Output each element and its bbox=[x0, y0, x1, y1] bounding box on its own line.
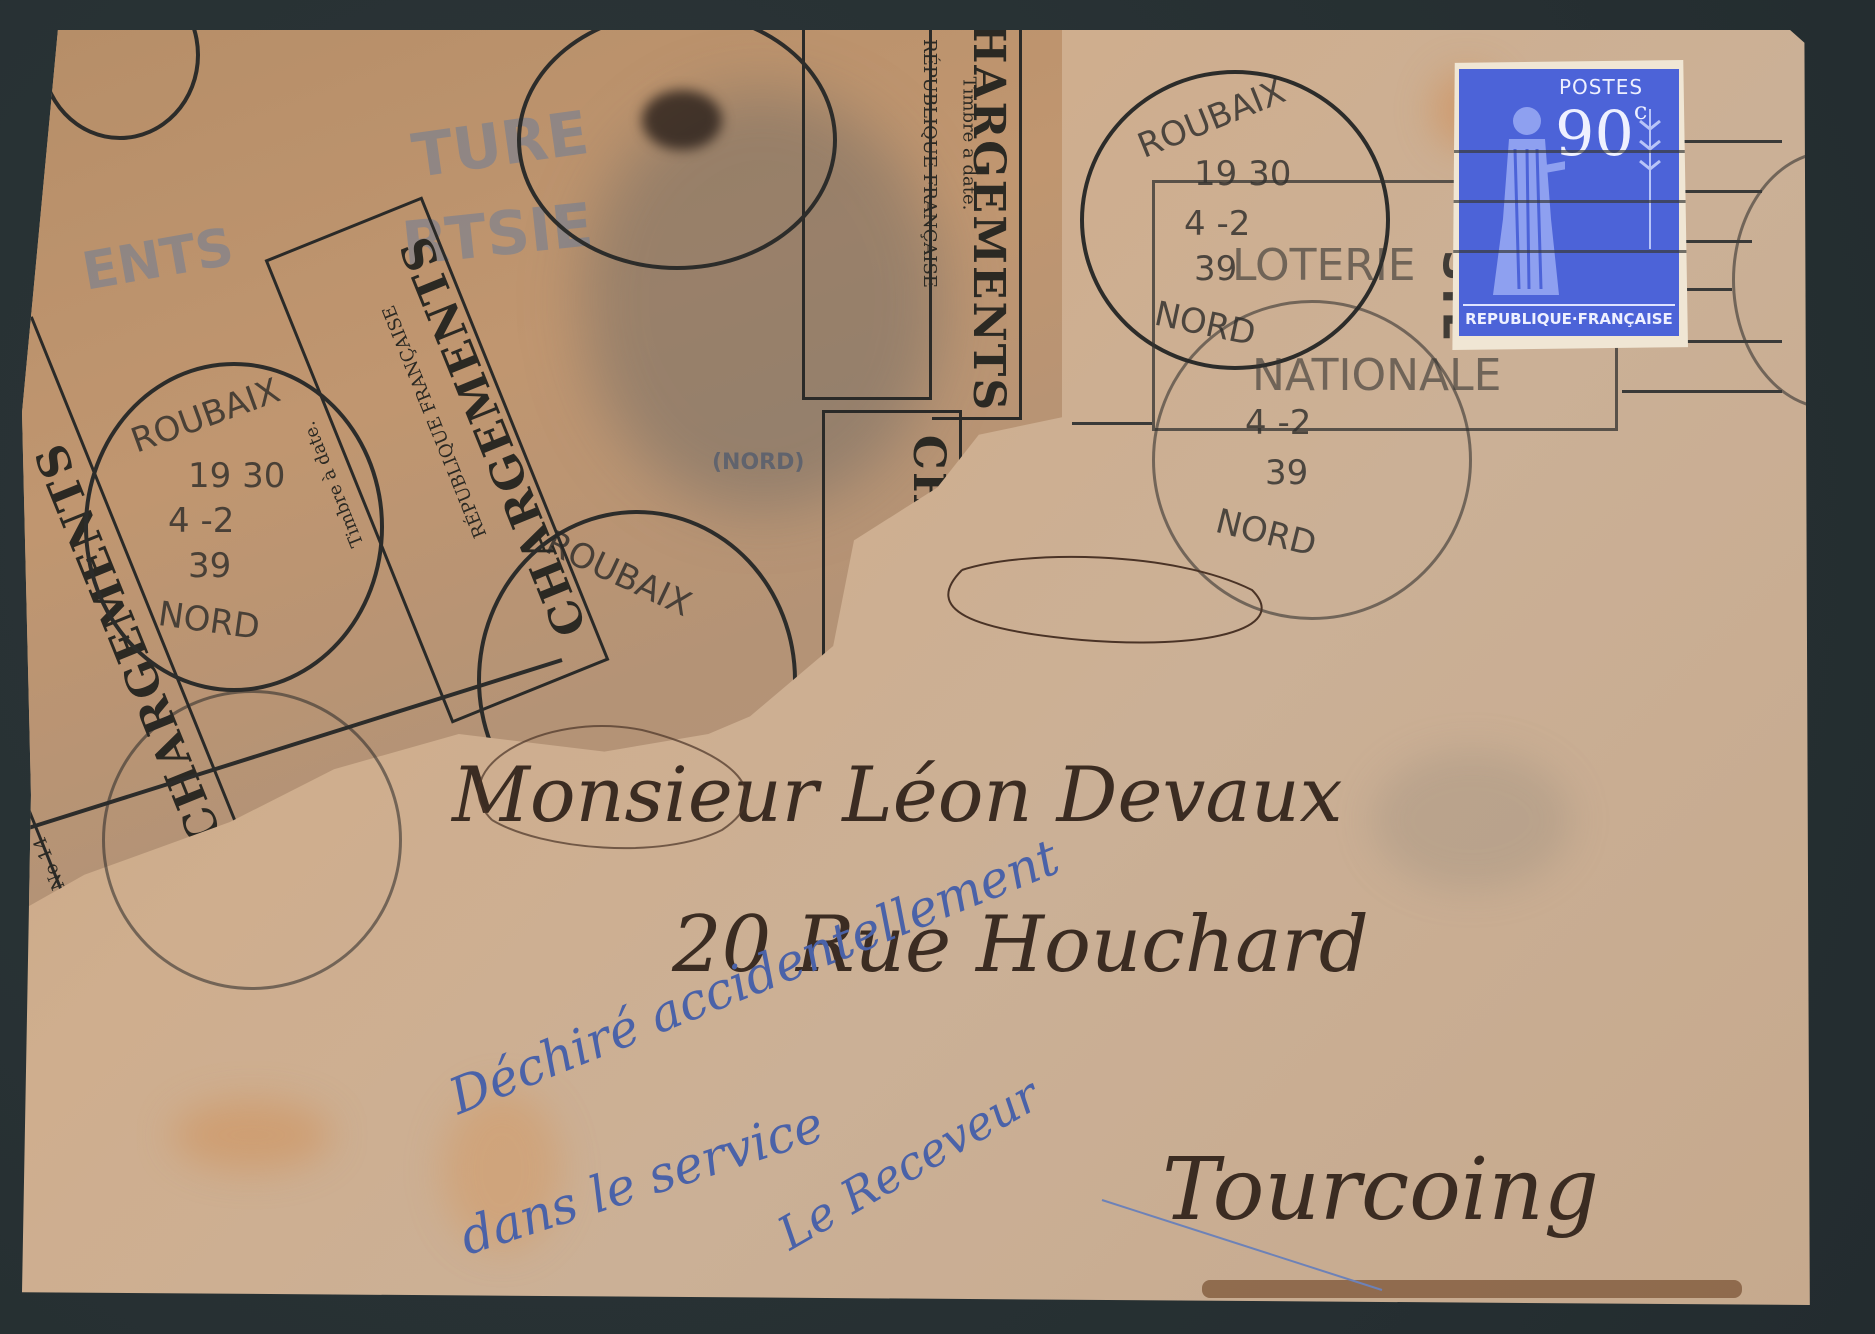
envelope-front: TURE RTSIE ENTS CHARGEMENTS RÉPUBLIQUE F… bbox=[22, 30, 1817, 1305]
ink-strokes bbox=[22, 30, 1817, 1305]
